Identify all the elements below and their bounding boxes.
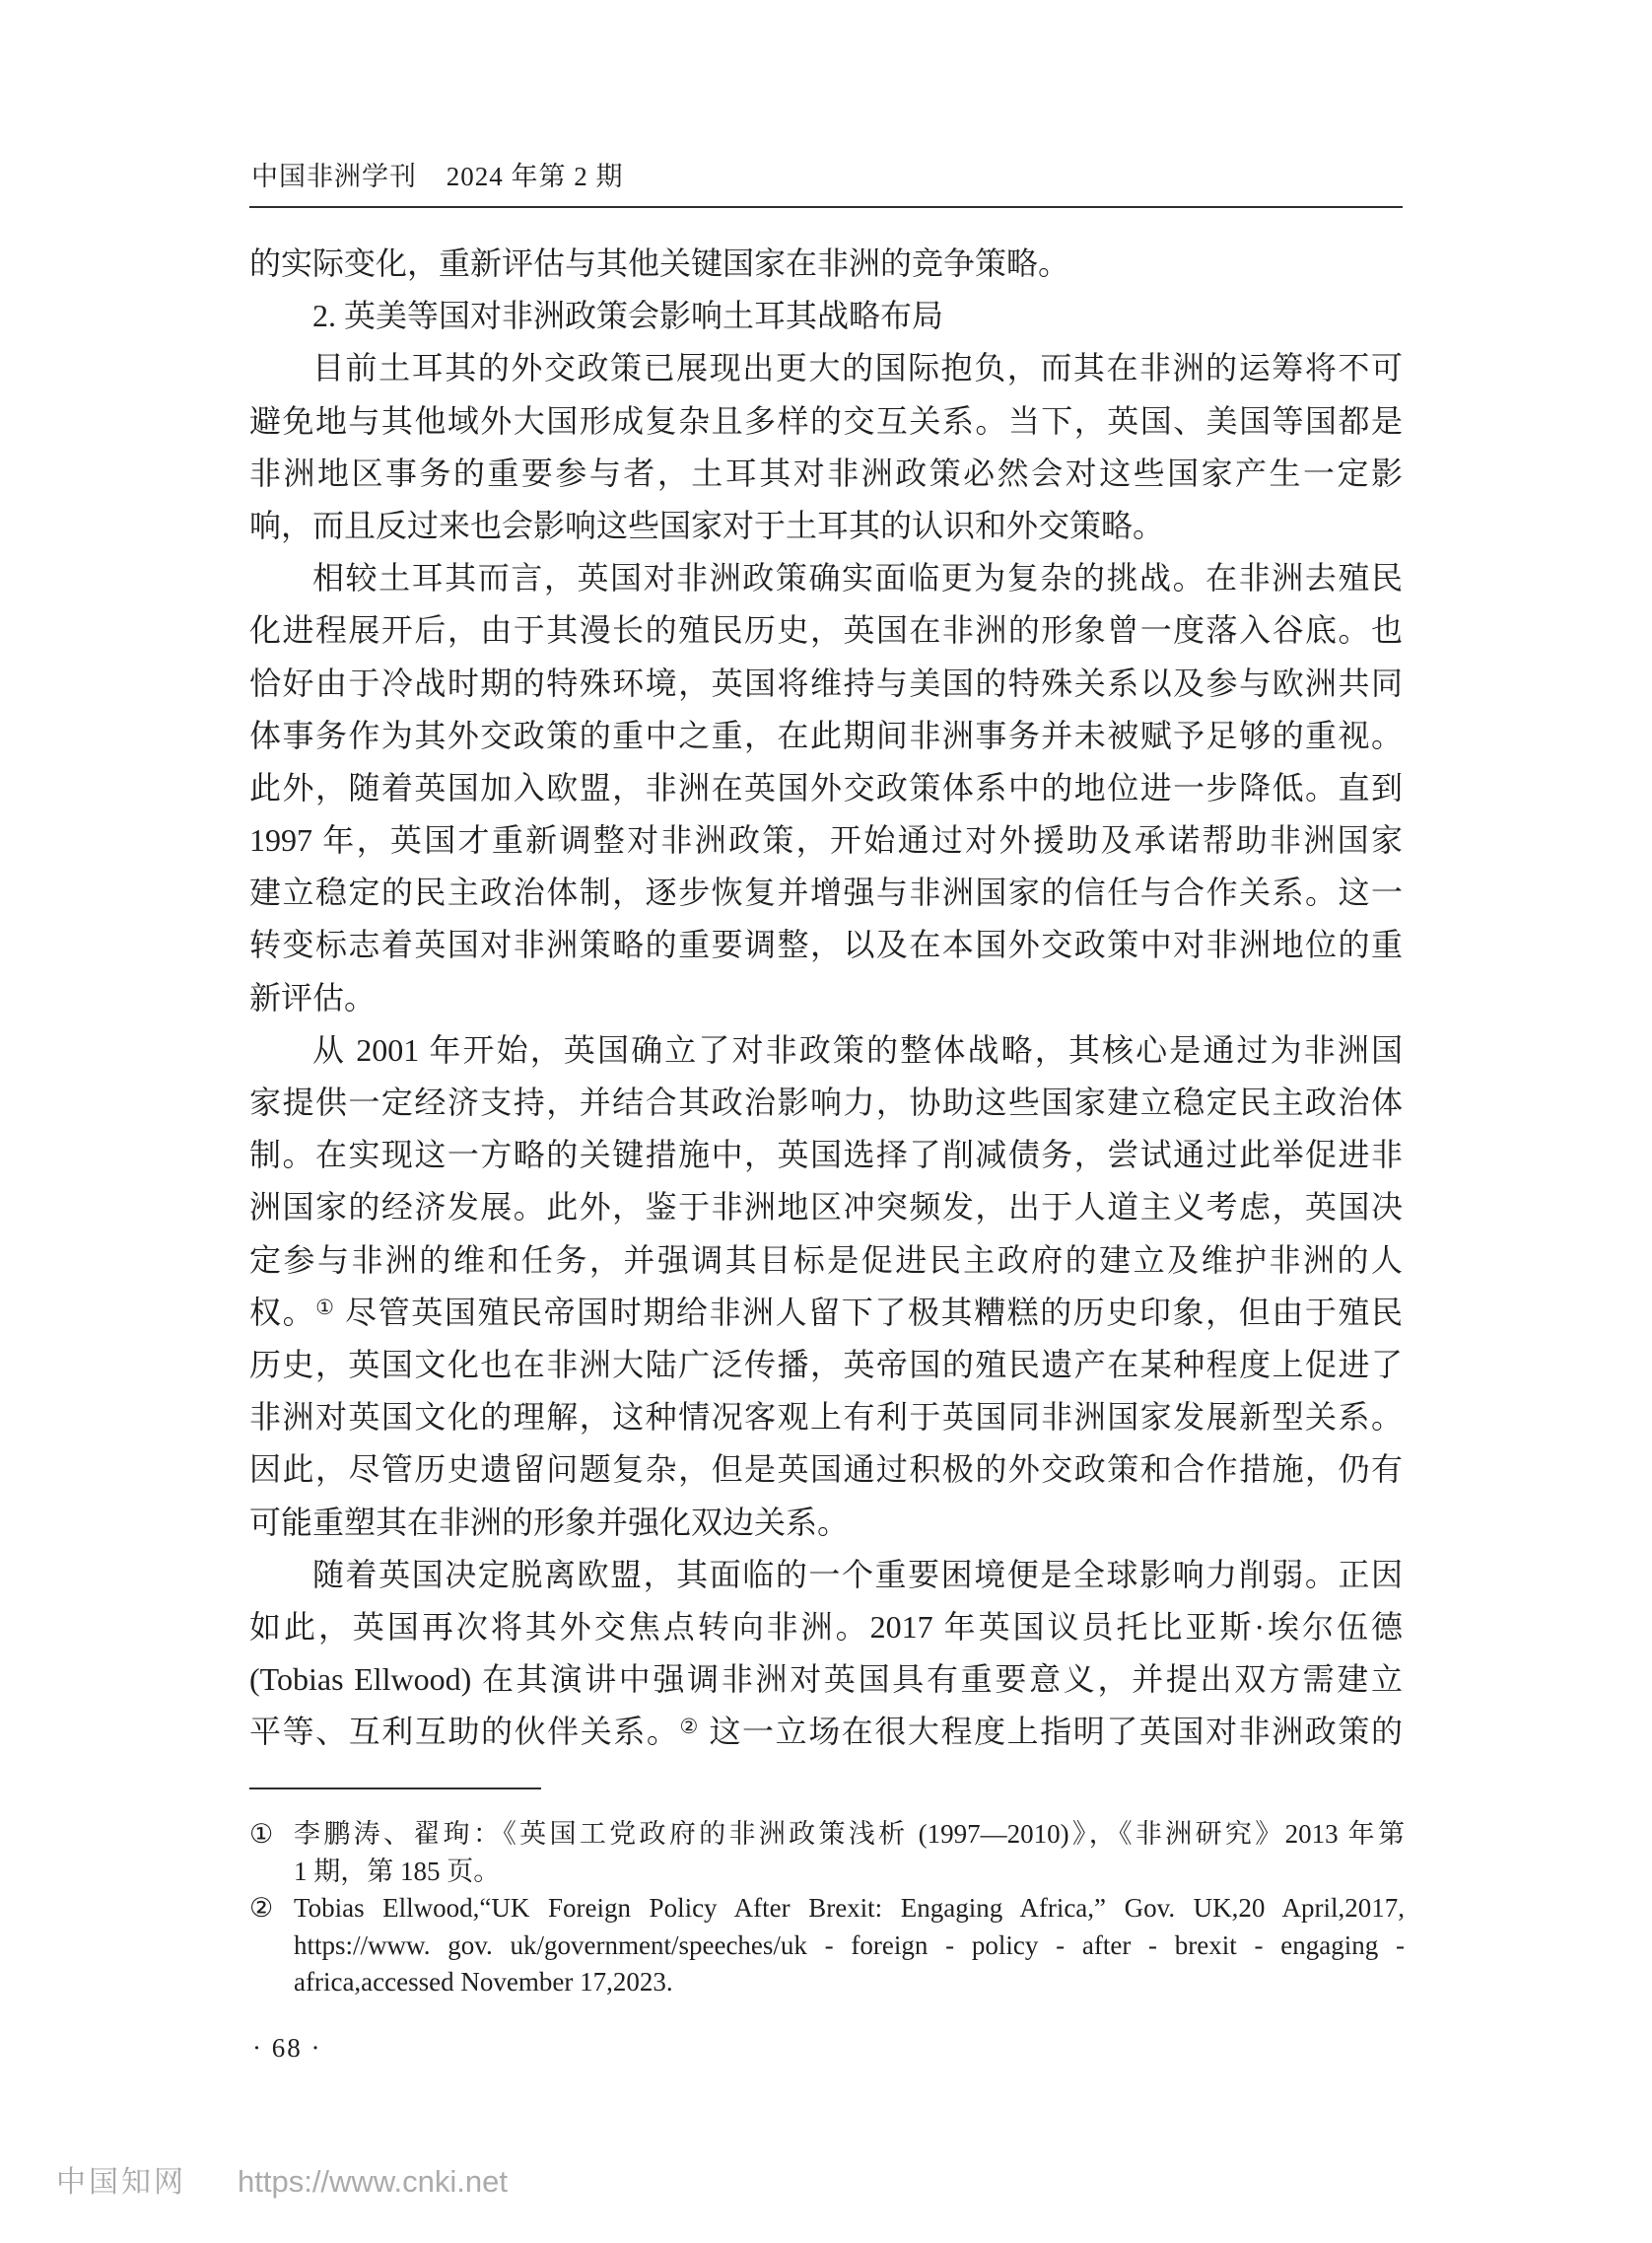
footnote-line: 1 期，第 185 页。 bbox=[294, 1854, 1405, 1891]
page-header: 中国非洲学刊 2024 年第 2 期 bbox=[251, 161, 624, 193]
footnote-1-text: 李鹏涛、翟珣：《英国工党政府的非洲政策浅析 (1997—2010)》，《非洲研究… bbox=[294, 1816, 1405, 1890]
body-line: 新评估。 bbox=[249, 972, 1403, 1024]
body-line: 非洲对英国文化的理解，这种情况客观上有利于英国同非洲国家发展新型关系。 bbox=[249, 1391, 1403, 1443]
footnotes: ① 李鹏涛、翟珣：《英国工党政府的非洲政策浅析 (1997—2010)》，《非洲… bbox=[249, 1816, 1405, 2001]
body-line: 转变标志着英国对非洲策略的重要调整，以及在本国外交政策中对非洲地位的重 bbox=[249, 919, 1403, 971]
body-line: 随着英国决定脱离欧盟，其面临的一个重要困境便是全球影响力削弱。正因 bbox=[249, 1549, 1403, 1601]
body-line: 平等、互利互助的伙伴关系。② 这一立场在很大程度上指明了英国对非洲政策的 bbox=[249, 1706, 1403, 1758]
body-line: (Tobias Ellwood) 在其演讲中强调非洲对英国具有重要意义，并提出双… bbox=[249, 1653, 1403, 1706]
watermark-site-name: 中国知网 bbox=[56, 2157, 186, 2201]
body-line: 制。在实现这一方略的关键措施中，英国选择了削减债务，尝试通过此举促进非 bbox=[249, 1129, 1403, 1181]
footnote-line: Tobias Ellwood,“UK Foreign Policy After … bbox=[294, 1890, 1405, 1928]
footnote-ref: ① bbox=[315, 1296, 335, 1319]
footnote-1-marker: ① bbox=[249, 1816, 294, 1890]
footnote-2-marker: ② bbox=[249, 1890, 294, 2001]
body-line: 从 2001 年开始，英国确立了对非政策的整体战略，其核心是通过为非洲国 bbox=[249, 1024, 1403, 1077]
body-line: 化进程展开后，由于其漫长的殖民历史，英国在非洲的形象曾一度落入谷底。也 bbox=[249, 604, 1403, 657]
body-line: 权。① 尽管英国殖民帝国时期给非洲人留下了极其糟糕的历史印象，但由于殖民 bbox=[249, 1287, 1403, 1339]
body-line: 的实际变化，重新评估与其他关键国家在非洲的竞争策略。 bbox=[249, 238, 1403, 290]
body-line: 可能重塑其在非洲的形象并强化双边关系。 bbox=[249, 1497, 1403, 1549]
body-line: 此外，随着英国加入欧盟，非洲在英国外交政策体系中的地位进一步降低。直到 bbox=[249, 762, 1403, 814]
journal-page: 中国非洲学刊 2024 年第 2 期 的实际变化，重新评估与其他关键国家在非洲的… bbox=[0, 0, 1652, 2243]
footnote-ref: ② bbox=[679, 1715, 699, 1738]
header-rule bbox=[249, 206, 1403, 208]
body-line: 历史，英国文化也在非洲大陆广泛传播，英帝国的殖民遗产在某种程度上促进了 bbox=[249, 1339, 1403, 1391]
page-number: · 68 · bbox=[252, 2029, 321, 2067]
body-line: 建立稳定的民主政治体制，逐步恢复并增强与非洲国家的信任与合作关系。这一 bbox=[249, 867, 1403, 919]
body-line: 响，而且反过来也会影响这些国家对于土耳其的认识和外交策略。 bbox=[249, 500, 1403, 552]
body-line: 定参与非洲的维和任务，并强调其目标是促进民主政府的建立及维护非洲的人 bbox=[249, 1234, 1403, 1287]
body-line: 非洲地区事务的重要参与者，土耳其对非洲政策必然会对这些国家产生一定影 bbox=[249, 448, 1403, 500]
cnki-watermark: 中国知网 https://www.cnki.net bbox=[56, 2157, 508, 2201]
footnote-2-text: Tobias Ellwood,“UK Foreign Policy After … bbox=[294, 1890, 1405, 2001]
footnote-line: 李鹏涛、翟珣：《英国工党政府的非洲政策浅析 (1997—2010)》，《非洲研究… bbox=[294, 1816, 1405, 1854]
body-line: 如此，英国再次将其外交焦点转向非洲。2017 年英国议员托比亚斯·埃尔伍德 bbox=[249, 1601, 1403, 1653]
footnote-2: ② Tobias Ellwood,“UK Foreign Policy Afte… bbox=[249, 1890, 1405, 2001]
body-line: 家提供一定经济支持，并结合其政治影响力，协助这些国家建立稳定民主政治体 bbox=[249, 1077, 1403, 1129]
watermark-url: https://www.cnki.net bbox=[238, 2164, 508, 2200]
footnote-1: ① 李鹏涛、翟珣：《英国工党政府的非洲政策浅析 (1997—2010)》，《非洲… bbox=[249, 1816, 1405, 1890]
body-line: 1997 年，英国才重新调整对非洲政策，开始通过对外援助及承诺帮助非洲国家 bbox=[249, 814, 1403, 867]
body-line: 避免地与其他域外大国形成复杂且多样的交互关系。当下，英国、美国等国都是 bbox=[249, 395, 1403, 448]
section-heading: 2. 英美等国对非洲政策会影响土耳其战略布局 bbox=[249, 290, 1403, 342]
body-line: 恰好由于冷战时期的特殊环境，英国将维持与美国的特殊关系以及参与欧洲共同 bbox=[249, 658, 1403, 710]
body-line: 洲国家的经济发展。此外，鉴于非洲地区冲突频发，出于人道主义考虑，英国决 bbox=[249, 1181, 1403, 1233]
article-body: 的实际变化，重新评估与其他关键国家在非洲的竞争策略。 2. 英美等国对非洲政策会… bbox=[249, 238, 1403, 1758]
journal-issue: 2024 年第 2 期 bbox=[447, 162, 624, 191]
journal-title: 中国非洲学刊 bbox=[251, 162, 417, 191]
footnote-line: https://www. gov. uk/government/speeches… bbox=[294, 1928, 1405, 1965]
footnote-separator bbox=[249, 1787, 541, 1789]
body-line: 因此，尽管历史遗留问题复杂，但是英国通过积极的外交政策和合作措施，仍有 bbox=[249, 1443, 1403, 1496]
body-line: 体事务作为其外交政策的重中之重，在此期间非洲事务并未被赋予足够的重视。 bbox=[249, 710, 1403, 762]
body-line: 目前土耳其的外交政策已展现出更大的国际抱负，而其在非洲的运筹将不可 bbox=[249, 342, 1403, 394]
footnote-line: africa,accessed November 17,2023. bbox=[294, 1964, 1405, 2001]
body-line: 相较土耳其而言，英国对非洲政策确实面临更为复杂的挑战。在非洲去殖民 bbox=[249, 552, 1403, 604]
